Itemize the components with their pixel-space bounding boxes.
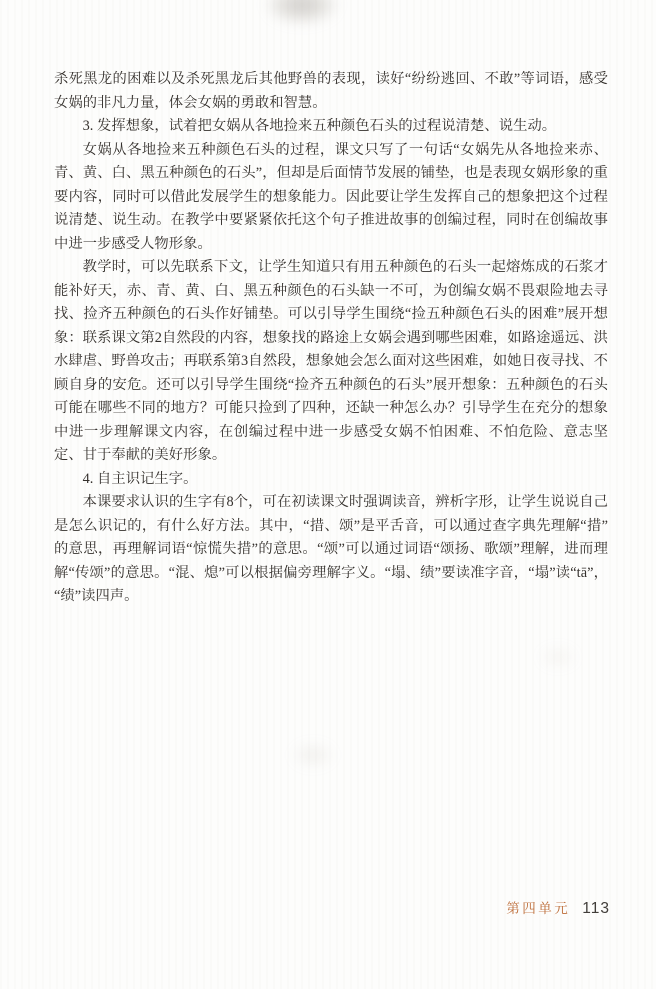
page-body-text: 杀死黑龙的困难以及杀死黑龙后其他野兽的表现，读好“纷纷逃回、不敢”等词语，感受女…	[54, 68, 608, 609]
section-item-4-heading: 4. 自主识记生字。	[54, 468, 608, 492]
paragraph-continuation: 杀死黑龙的困难以及杀死黑龙后其他野兽的表现，读好“纷纷逃回、不敢”等词语，感受女…	[54, 68, 608, 115]
scan-smudge-bottom	[290, 742, 336, 768]
paragraph-body-1: 女娲从各地捡来五种颜色石头的过程，课文只写了一句话“女娲先从各地捡来赤、青、黄、…	[54, 139, 608, 257]
footer-page-number: 113	[582, 900, 610, 918]
scan-smudge-right	[538, 646, 578, 668]
scan-smudge-top	[266, 0, 338, 24]
section-item-3-heading: 3. 发挥想象，试着把女娲从各地捡来五种颜色石头的过程说清楚、说生动。	[54, 115, 608, 139]
paragraph-body-3: 本课要求认识的生字有8个，可在初读课文时强调读音，辨析字形，让学生说说自己是怎么…	[54, 491, 608, 609]
page-footer: 第四单元 113	[506, 897, 610, 918]
footer-unit-label: 第四单元	[506, 897, 570, 917]
paragraph-body-2: 教学时，可以先联系下文，让学生知道只有用五种颜色的石头一起熔炼成的石浆才能补好天…	[54, 256, 608, 468]
